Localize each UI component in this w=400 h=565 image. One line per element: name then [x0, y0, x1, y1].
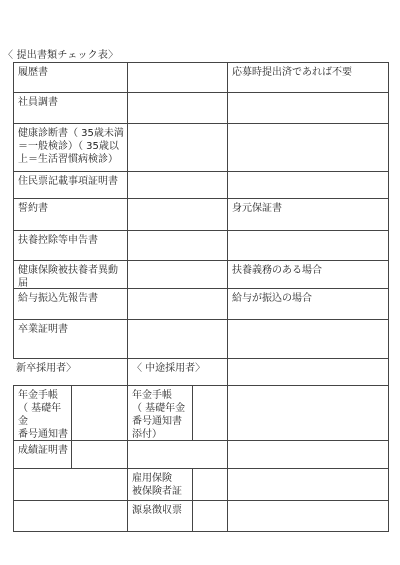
- check-cell: [128, 320, 228, 359]
- check-cell: [128, 231, 228, 261]
- note-cell: [228, 172, 389, 199]
- table-row: 履歴書 応募時提出済であれば不要: [13, 63, 389, 93]
- note-text: 応募時提出済であれば不要: [232, 66, 352, 79]
- mid-career-section-label: 〈 中途採用者〉: [132, 362, 205, 375]
- check-cell: [128, 289, 228, 320]
- document-name-cell: 健康診断書（ 35歳未満 ＝一般検診）（ 35歳以 上＝生活習慣病検診）: [13, 124, 128, 172]
- transcript-row: 成績証明書: [13, 441, 389, 469]
- check-cell: [128, 199, 228, 231]
- table-row: 社員調書: [13, 93, 389, 124]
- document-name-cell: 卒業証明書: [13, 320, 128, 359]
- withholding-slip-row: 源泉徴収票: [13, 501, 389, 532]
- pension-book-row: 年金手帳 （ 基礎年金 番号通知書 添付） 年金手帳 （ 基礎年金 番号通知書 …: [13, 386, 389, 441]
- document-page: 〈 提出書類チェック表〉 履歴書 応募時提出済であれば不要 社員調書 健康診断書…: [0, 0, 400, 565]
- document-name: 社員調書: [18, 96, 58, 109]
- document-name-cell: 履歴書: [13, 63, 128, 93]
- document-name-cell: 住民票記載事項証明書: [13, 172, 128, 199]
- check-cell: [72, 441, 128, 469]
- note-cell: [228, 441, 389, 469]
- withholding-slip-cell: 源泉徴収票: [128, 501, 193, 532]
- section-label-row: 〈 新卒採用者〉 〈 中途採用者〉: [13, 359, 389, 386]
- document-name-cell: 扶養控除等申告書: [13, 231, 128, 261]
- document-name: 健康保険被扶養者異動届: [18, 264, 125, 289]
- note-cell: 応募時提出済であれば不要: [228, 63, 389, 93]
- new-grad-section-label: 〈 新卒採用者〉: [13, 362, 76, 375]
- check-cell: [128, 172, 228, 199]
- table-row: 給与振込先報告書 給与が振込の場合: [13, 289, 389, 320]
- note-cell: [228, 501, 389, 532]
- document-name: 履歴書: [18, 66, 48, 79]
- table-row: 誓約書 身元保証書: [13, 199, 389, 231]
- check-cell: [193, 501, 228, 532]
- check-cell: [128, 63, 228, 93]
- check-cell: [193, 469, 228, 501]
- new-grad-section-cell: 〈 新卒採用者〉: [13, 359, 128, 386]
- document-name: 給与振込先報告書: [18, 292, 98, 305]
- pension-book-new-grad-cell: 年金手帳 （ 基礎年金 番号通知書 添付）: [13, 386, 72, 441]
- document-name: 扶養控除等申告書: [18, 234, 98, 247]
- transcript-cell: 成績証明書: [13, 441, 72, 469]
- note-cell: 扶養義務のある場合: [228, 261, 389, 289]
- table-row: 健康保険被扶養者異動届 扶養義務のある場合: [13, 261, 389, 289]
- checklist-table: 履歴書 応募時提出済であれば不要 社員調書 健康診断書（ 35歳未満 ＝一般検診…: [13, 62, 389, 532]
- transcript-label: 成績証明書: [18, 444, 68, 457]
- table-row: 卒業証明書: [13, 320, 389, 359]
- check-cell: [128, 261, 228, 289]
- document-name-cell: 誓約書: [13, 199, 128, 231]
- empty-cell: [13, 469, 128, 501]
- note-cell: [228, 124, 389, 172]
- document-name-cell: 給与振込先報告書: [13, 289, 128, 320]
- page-title: 〈 提出書類チェック表〉: [3, 49, 118, 62]
- document-name: 卒業証明書: [18, 323, 68, 336]
- document-name-cell: 健康保険被扶養者異動届: [13, 261, 128, 289]
- check-cell: [72, 386, 128, 441]
- pension-book-new-grad-label: 年金手帳 （ 基礎年金 番号通知書 添付）: [18, 389, 69, 441]
- pension-book-mid-career-cell: 年金手帳 （ 基礎年金 番号通知書 添付）: [128, 386, 193, 441]
- note-text: 扶養義務のある場合: [232, 264, 322, 277]
- note-cell: [228, 93, 389, 124]
- check-cell: [193, 386, 228, 441]
- pension-book-mid-career-label: 年金手帳 （ 基礎年金 番号通知書 添付）: [132, 389, 185, 441]
- note-cell: [228, 386, 389, 441]
- employment-insurance-label: 雇用保険 被保険者証: [132, 472, 182, 498]
- document-name-cell: 社員調書: [13, 93, 128, 124]
- note-cell: [228, 469, 389, 501]
- note-cell: [228, 320, 389, 359]
- note-cell: [228, 359, 389, 386]
- document-name: 誓約書: [18, 202, 48, 215]
- document-name: 健康診断書（ 35歳未満 ＝一般検診）（ 35歳以 上＝生活習慣病検診）: [18, 127, 124, 166]
- check-cell: [128, 93, 228, 124]
- note-text: 身元保証書: [232, 202, 282, 215]
- table-row: 健康診断書（ 35歳未満 ＝一般検診）（ 35歳以 上＝生活習慣病検診）: [13, 124, 389, 172]
- empty-cell: [128, 441, 228, 469]
- check-cell: [128, 124, 228, 172]
- mid-career-section-cell: 〈 中途採用者〉: [128, 359, 228, 386]
- employment-insurance-cell: 雇用保険 被保険者証: [128, 469, 193, 501]
- empty-cell: [13, 501, 128, 532]
- note-text: 給与が振込の場合: [232, 292, 312, 305]
- table-row: 住民票記載事項証明書: [13, 172, 389, 199]
- note-cell: 身元保証書: [228, 199, 389, 231]
- note-cell: [228, 231, 389, 261]
- employment-insurance-row: 雇用保険 被保険者証: [13, 469, 389, 501]
- table-row: 扶養控除等申告書: [13, 231, 389, 261]
- document-name: 住民票記載事項証明書: [18, 175, 118, 188]
- withholding-slip-label: 源泉徴収票: [132, 504, 182, 517]
- note-cell: 給与が振込の場合: [228, 289, 389, 320]
